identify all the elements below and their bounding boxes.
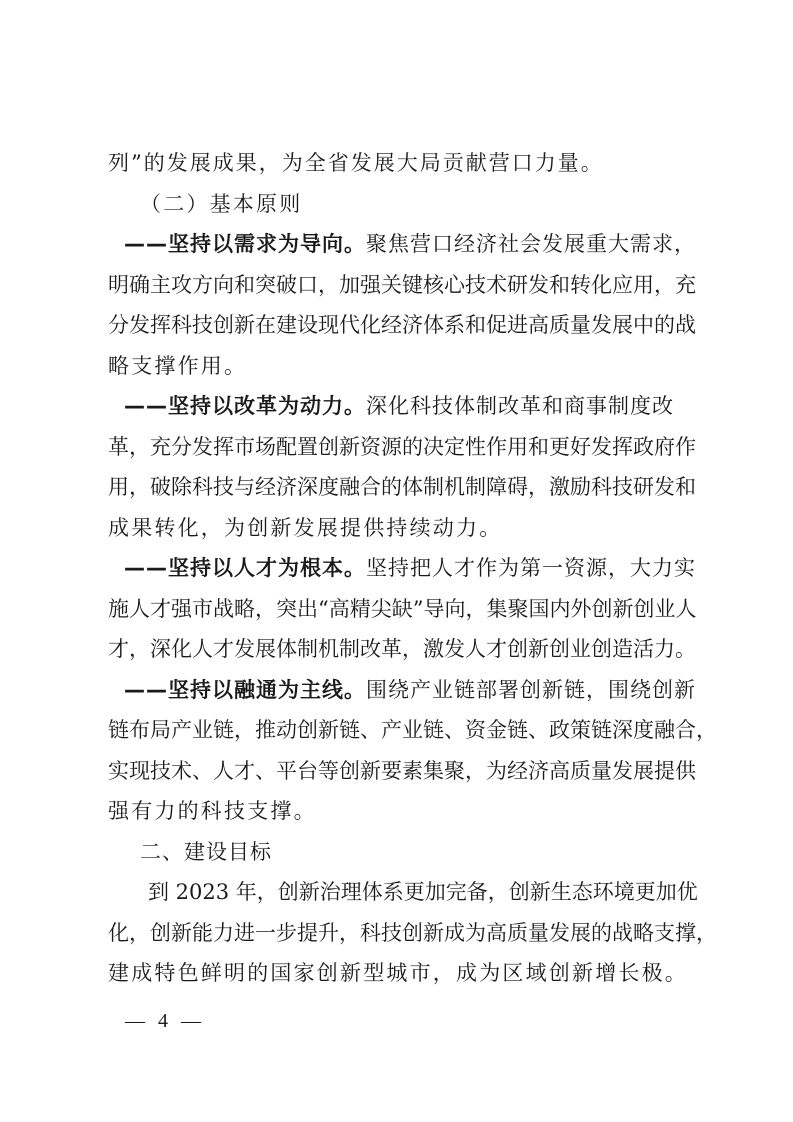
principle-3-line-2: 施人才强市战略，突出“高精尖缺”导向，集聚国内外创新创业人 [108, 589, 690, 630]
section-subheading: （二）基本原则 [108, 184, 690, 225]
principle-3-line-1: ——坚持以人才为根本。坚持把人才作为第一资源，大力实 [108, 548, 690, 589]
goal-line-2: 化，创新能力进一步提升，科技创新成为高质量发展的战略支撑， [108, 913, 690, 954]
principle-1-line-1: ——坚持以需求为导向。聚焦营口经济社会发展重大需求， [108, 224, 690, 265]
principle-1-line-4: 略支撑作用。 [108, 346, 690, 387]
principle-1-text: 聚焦营口经济社会发展重大需求， [366, 232, 696, 256]
goal-line-1: 到 2023 年，创新治理体系更加完备，创新生态环境更加优 [108, 872, 690, 913]
principle-4-text: 围绕产业链部署创新链，围绕创新 [366, 678, 696, 702]
principle-3-text: 坚持把人才作为第一资源，大力实 [366, 556, 696, 580]
principle-3-line-3: 才，深化人才发展体制机制改革，激发人才创新创业创造活力。 [108, 629, 690, 670]
principle-2-line-1: ——坚持以改革为动力。深化科技体制改革和商事制度改 [108, 386, 690, 427]
principle-4-line-1: ——坚持以融通为主线。围绕产业链部署创新链，围绕创新 [108, 670, 690, 711]
principle-2-line-3: 用，破除科技与经济深度融合的体制机制障碍，激励科技研发和 [108, 467, 690, 508]
paragraph-continuation: 列”的发展成果，为全省发展大局贡献营口力量。 [108, 143, 690, 184]
page-number: — 4 — [125, 1010, 205, 1033]
principle-1-title: ——坚持以需求为导向。 [124, 232, 366, 256]
section-heading: 二、建设目标 [108, 832, 690, 873]
principle-1-line-2: 明确主攻方向和突破口，加强关键核心技术研发和转化应用，充 [108, 265, 690, 306]
principle-2-title: ——坚持以改革为动力。 [124, 394, 366, 418]
principle-4-line-4: 强有力的科技支撑。 [108, 791, 690, 832]
principle-4-title: ——坚持以融通为主线。 [124, 678, 366, 702]
principle-1-line-3: 分发挥科技创新在建设现代化经济体系和促进高质量发展中的战 [108, 305, 690, 346]
principle-2-line-4: 成果转化，为创新发展提供持续动力。 [108, 508, 690, 549]
goal-line-3: 建成特色鲜明的国家创新型城市，成为区域创新增长极。 [108, 953, 690, 994]
principle-4-line-3: 实现技术、人才、平台等创新要素集聚，为经济高质量发展提供 [108, 751, 690, 792]
principle-4-line-2: 链布局产业链，推动创新链、产业链、资金链、政策链深度融合， [108, 710, 690, 751]
principle-3-title: ——坚持以人才为根本。 [124, 556, 366, 580]
document-page: 列”的发展成果，为全省发展大局贡献营口力量。 （二）基本原则 ——坚持以需求为导… [108, 143, 690, 994]
principle-2-line-2: 革，充分发挥市场配置创新资源的决定性作用和更好发挥政府作 [108, 427, 690, 468]
principle-2-text: 深化科技体制改革和商事制度改 [366, 394, 674, 418]
